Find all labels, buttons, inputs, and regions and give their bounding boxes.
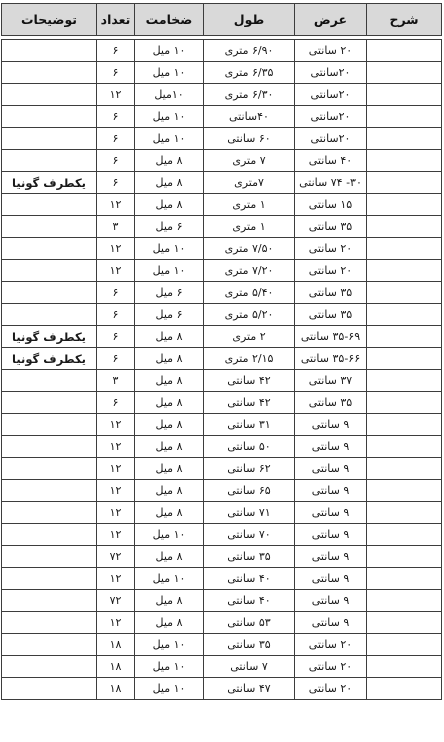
cell-tool: ۴۲ سانتی (204, 370, 295, 392)
cell-tedad: ۱۲ (97, 260, 135, 282)
cell-arz: ۲۰سانتی (295, 128, 367, 150)
cell-tozihat: یکطرف گونیا (2, 326, 97, 348)
cell-zekhamat: ۱۰ میل (135, 128, 204, 150)
cell-tedad: ۶ (97, 106, 135, 128)
table-row: ۹ سانتی۳۵ سانتی۸ میل۷۲ (2, 546, 442, 568)
cell-tozihat (2, 260, 97, 282)
parts-table-header: شرح عرض طول ضخامت تعداد توضیحات (1, 3, 442, 36)
column-header-width: عرض (295, 4, 367, 36)
cell-tool: ۲ متری (204, 326, 295, 348)
cell-tedad: ۶ (97, 128, 135, 150)
cell-tool: ۴۰ سانتی (204, 590, 295, 612)
cell-sharh (367, 414, 442, 436)
cell-tool: ۷/۲۰ متری (204, 260, 295, 282)
table-row: ۲۰ سانتی۳۵ سانتی۱۰ میل۱۸ (2, 634, 442, 656)
cell-zekhamat: ۸ میل (135, 326, 204, 348)
cell-sharh (367, 84, 442, 106)
cell-zekhamat: ۸ میل (135, 502, 204, 524)
cell-sharh (367, 612, 442, 634)
cell-sharh (367, 172, 442, 194)
cell-tedad: ۶ (97, 348, 135, 370)
cell-tozihat (2, 656, 97, 678)
cell-tozihat (2, 414, 97, 436)
cell-arz: ۹ سانتی (295, 568, 367, 590)
cell-sharh (367, 590, 442, 612)
table-row: ۲۰سانتی۶/۳۵ متری۱۰ میل۶ (2, 62, 442, 84)
cell-tool: ۵۰ سانتی (204, 436, 295, 458)
cell-tedad: ۱۲ (97, 524, 135, 546)
cell-zekhamat: ۸ میل (135, 480, 204, 502)
cell-tedad: ۱۲ (97, 238, 135, 260)
cell-arz: ۳۵ سانتی (295, 392, 367, 414)
cell-sharh (367, 40, 442, 62)
table-row: ۳۷ سانتی۴۲ سانتی۸ میل۳ (2, 370, 442, 392)
cell-tool: ۷متری (204, 172, 295, 194)
table-row: ۳۵-۶۹ سانتی۲ متری۸ میل۶یکطرف گونیا (2, 326, 442, 348)
table-row: ۹ سانتی۵۳ سانتی۸ میل۱۲ (2, 612, 442, 634)
cell-tool: ۶/۳۵ متری (204, 62, 295, 84)
cell-tozihat (2, 678, 97, 700)
cell-arz: ۹ سانتی (295, 480, 367, 502)
cell-tedad: ۱۸ (97, 634, 135, 656)
cell-tedad: ۶ (97, 40, 135, 62)
cell-sharh (367, 392, 442, 414)
column-header-description: شرح (367, 4, 442, 36)
cell-sharh (367, 128, 442, 150)
cell-tool: ۷ سانتی (204, 656, 295, 678)
cell-tedad: ۷۲ (97, 590, 135, 612)
cell-arz: ۹ سانتی (295, 524, 367, 546)
cell-zekhamat: ۸ میل (135, 612, 204, 634)
cell-tedad: ۱۲ (97, 414, 135, 436)
table-row: ۹ سانتی۷۰ سانتی۱۰ میل۱۲ (2, 524, 442, 546)
table-row: ۲۰ سانتی۴۷ سانتی۱۰ میل۱۸ (2, 678, 442, 700)
cell-tozihat: یکطرف گونیا (2, 348, 97, 370)
cell-zekhamat: ۱۰ میل (135, 62, 204, 84)
cell-arz: ۹ سانتی (295, 590, 367, 612)
cell-tedad: ۱۸ (97, 656, 135, 678)
cell-tozihat (2, 436, 97, 458)
cell-sharh (367, 106, 442, 128)
cell-arz: ۲۰سانتی (295, 106, 367, 128)
cell-tozihat: یکطرف گونیا (2, 172, 97, 194)
table-row: ۱۵ سانتی۱ متری۸ میل۱۲ (2, 194, 442, 216)
cell-tozihat (2, 84, 97, 106)
cell-tool: ۳۱ سانتی (204, 414, 295, 436)
cell-arz: ۹ سانتی (295, 612, 367, 634)
cell-sharh (367, 194, 442, 216)
cell-sharh (367, 502, 442, 524)
cell-sharh (367, 216, 442, 238)
cell-tool: ۶/۳۰ متری (204, 84, 295, 106)
cell-tool: ۲/۱۵ متری (204, 348, 295, 370)
cell-tool: ۴۲ سانتی (204, 392, 295, 414)
cell-tool: ۷ متری (204, 150, 295, 172)
cell-tedad: ۶ (97, 304, 135, 326)
cell-sharh (367, 370, 442, 392)
cell-sharh (367, 524, 442, 546)
cell-sharh (367, 282, 442, 304)
cell-zekhamat: ۱۰ میل (135, 678, 204, 700)
cell-tozihat (2, 216, 97, 238)
cell-sharh (367, 348, 442, 370)
cell-tool: ۵/۲۰ متری (204, 304, 295, 326)
cell-tedad: ۶ (97, 150, 135, 172)
cell-tool: ۱ متری (204, 194, 295, 216)
cell-tozihat (2, 480, 97, 502)
cell-tool: ۷/۵۰ متری (204, 238, 295, 260)
table-row: ۳۰- ۷۴ سانتی۷متری۸ میل۶یکطرف گونیا (2, 172, 442, 194)
cell-sharh (367, 436, 442, 458)
cell-zekhamat: ۸ میل (135, 546, 204, 568)
cell-zekhamat: ۱۰ میل (135, 568, 204, 590)
table-row: ۹ سانتی۷۱ سانتی۸ میل۱۲ (2, 502, 442, 524)
cell-tedad: ۱۲ (97, 436, 135, 458)
cell-arz: ۳۵ سانتی (295, 216, 367, 238)
table-row: ۲۰سانتی۶/۳۰ متری۱۰میل۱۲ (2, 84, 442, 106)
cell-tool: ۶۰ سانتی (204, 128, 295, 150)
table-row: ۹ سانتی۵۰ سانتی۸ میل۱۲ (2, 436, 442, 458)
cell-arz: ۴۰ سانتی (295, 150, 367, 172)
cell-tozihat (2, 458, 97, 480)
cell-sharh (367, 304, 442, 326)
cell-tozihat (2, 392, 97, 414)
cell-arz: ۲۰ سانتی (295, 634, 367, 656)
table-row: ۲۰سانتی۶۰ سانتی۱۰ میل۶ (2, 128, 442, 150)
cell-tool: ۶۵ سانتی (204, 480, 295, 502)
column-header-quantity: تعداد (97, 4, 135, 36)
cell-zekhamat: ۱۰ میل (135, 106, 204, 128)
cell-arz: ۹ سانتی (295, 546, 367, 568)
cell-zekhamat: ۱۰ میل (135, 238, 204, 260)
cell-sharh (367, 260, 442, 282)
cell-tool: ۶۲ سانتی (204, 458, 295, 480)
cell-tool: ۴۰ سانتی (204, 568, 295, 590)
table-rows: ۲۰ سانتی۶/۹۰ متری۱۰ میل۶۲۰سانتی۶/۳۵ متری… (2, 40, 442, 700)
cell-tozihat (2, 106, 97, 128)
cell-arz: ۹ سانتی (295, 414, 367, 436)
cell-tozihat (2, 238, 97, 260)
cell-sharh (367, 568, 442, 590)
column-header-notes: توضیحات (2, 4, 97, 36)
table-row: ۹ سانتی۶۲ سانتی۸ میل۱۲ (2, 458, 442, 480)
cell-tedad: ۱۲ (97, 480, 135, 502)
cell-tedad: ۱۲ (97, 502, 135, 524)
cell-tozihat (2, 524, 97, 546)
cell-tedad: ۱۲ (97, 194, 135, 216)
cell-sharh (367, 326, 442, 348)
table-row: ۲۰ سانتی۷/۲۰ متری۱۰ میل۱۲ (2, 260, 442, 282)
cell-tozihat (2, 590, 97, 612)
cell-zekhamat: ۸ میل (135, 150, 204, 172)
cell-tool: ۷۰ سانتی (204, 524, 295, 546)
cell-tozihat (2, 634, 97, 656)
table-row: ۳۵ سانتی۴۲ سانتی۸ میل۶ (2, 392, 442, 414)
cell-zekhamat: ۸ میل (135, 458, 204, 480)
cell-sharh (367, 656, 442, 678)
cell-tedad: ۶ (97, 282, 135, 304)
table-row: ۳۵ سانتی۵/۲۰ متری۶ میل۶ (2, 304, 442, 326)
cell-tool: ۳۵ سانتی (204, 546, 295, 568)
cell-arz: ۹ سانتی (295, 458, 367, 480)
table-row: ۹ سانتی۳۱ سانتی۸ میل۱۲ (2, 414, 442, 436)
cell-arz: ۳۵-۶۶ سانتی (295, 348, 367, 370)
cell-tozihat (2, 194, 97, 216)
cell-zekhamat: ۶ میل (135, 282, 204, 304)
cell-zekhamat: ۸ میل (135, 194, 204, 216)
cell-zekhamat: ۸ میل (135, 590, 204, 612)
cell-tool: ۴۰سانتی (204, 106, 295, 128)
cell-tozihat (2, 150, 97, 172)
cell-sharh (367, 480, 442, 502)
table-row: ۲۰ سانتی۶/۹۰ متری۱۰ میل۶ (2, 40, 442, 62)
cell-arz: ۱۵ سانتی (295, 194, 367, 216)
cell-tedad: ۱۲ (97, 568, 135, 590)
cell-tedad: ۶ (97, 326, 135, 348)
table-row: ۹ سانتی۴۰ سانتی۸ میل۷۲ (2, 590, 442, 612)
cell-arz: ۲۰ سانتی (295, 656, 367, 678)
cell-sharh (367, 458, 442, 480)
cell-tozihat (2, 568, 97, 590)
table-row: ۳۵-۶۶ سانتی۲/۱۵ متری۸ میل۶یکطرف گونیا (2, 348, 442, 370)
cell-zekhamat: ۸ میل (135, 348, 204, 370)
cell-arz: ۹ سانتی (295, 502, 367, 524)
cell-zekhamat: ۸ میل (135, 370, 204, 392)
cell-tozihat (2, 128, 97, 150)
cell-tozihat (2, 40, 97, 62)
cell-tozihat (2, 370, 97, 392)
cell-tool: ۶/۹۰ متری (204, 40, 295, 62)
column-header-thickness: ضخامت (135, 4, 204, 36)
cell-tool: ۴۷ سانتی (204, 678, 295, 700)
cell-tool: ۱ متری (204, 216, 295, 238)
table-row: ۲۰ سانتی۷ سانتی۱۰ میل۱۸ (2, 656, 442, 678)
cell-arz: ۲۰ سانتی (295, 678, 367, 700)
cell-zekhamat: ۶ میل (135, 216, 204, 238)
cell-tozihat (2, 304, 97, 326)
cell-arz: ۲۰ سانتی (295, 238, 367, 260)
header-row: شرح عرض طول ضخامت تعداد توضیحات (2, 4, 442, 36)
parts-table-body: ۲۰ سانتی۶/۹۰ متری۱۰ میل۶۲۰سانتی۶/۳۵ متری… (1, 39, 442, 700)
cell-tozihat (2, 612, 97, 634)
cell-zekhamat: ۸ میل (135, 392, 204, 414)
cell-tool: ۳۵ سانتی (204, 634, 295, 656)
cell-tedad: ۱۸ (97, 678, 135, 700)
cell-arz: ۳۵-۶۹ سانتی (295, 326, 367, 348)
cell-tozihat (2, 282, 97, 304)
document-page: شرح عرض طول ضخامت تعداد توضیحات ۲۰ سانتی… (0, 0, 444, 742)
cell-arz: ۳۵ سانتی (295, 304, 367, 326)
cell-zekhamat: ۸ میل (135, 414, 204, 436)
table-row: ۳۵ سانتی۵/۴۰ متری۶ میل۶ (2, 282, 442, 304)
cell-sharh (367, 62, 442, 84)
table-row: ۲۰ سانتی۷/۵۰ متری۱۰ میل۱۲ (2, 238, 442, 260)
cell-zekhamat: ۶ میل (135, 304, 204, 326)
table-row: ۳۵ سانتی۱ متری۶ میل۳ (2, 216, 442, 238)
cell-sharh (367, 634, 442, 656)
cell-arz: ۲۰سانتی (295, 62, 367, 84)
cell-arz: ۹ سانتی (295, 436, 367, 458)
column-header-length: طول (204, 4, 295, 36)
cell-sharh (367, 238, 442, 260)
cell-zekhamat: ۱۰ میل (135, 634, 204, 656)
cell-tool: ۵/۴۰ متری (204, 282, 295, 304)
cell-arz: ۳۵ سانتی (295, 282, 367, 304)
cell-sharh (367, 546, 442, 568)
cell-sharh (367, 678, 442, 700)
cell-tedad: ۶ (97, 392, 135, 414)
cell-tedad: ۳ (97, 370, 135, 392)
table-row: ۹ سانتی۶۵ سانتی۸ میل۱۲ (2, 480, 442, 502)
cell-tozihat (2, 62, 97, 84)
cell-tedad: ۶ (97, 172, 135, 194)
cell-tedad: ۶ (97, 62, 135, 84)
table-row: ۲۰سانتی۴۰سانتی۱۰ میل۶ (2, 106, 442, 128)
cell-tozihat (2, 546, 97, 568)
cell-tedad: ۷۲ (97, 546, 135, 568)
cell-zekhamat: ۸ میل (135, 436, 204, 458)
table-row: ۴۰ سانتی۷ متری۸ میل۶ (2, 150, 442, 172)
table-row: ۹ سانتی۴۰ سانتی۱۰ میل۱۲ (2, 568, 442, 590)
cell-zekhamat: ۱۰ میل (135, 524, 204, 546)
cell-tedad: ۱۲ (97, 84, 135, 106)
cell-tozihat (2, 502, 97, 524)
cell-zekhamat: ۱۰ میل (135, 260, 204, 282)
cell-arz: ۲۰ سانتی (295, 40, 367, 62)
cell-arz: ۳۷ سانتی (295, 370, 367, 392)
cell-tedad: ۱۲ (97, 612, 135, 634)
cell-tedad: ۳ (97, 216, 135, 238)
cell-zekhamat: ۱۰ میل (135, 656, 204, 678)
cell-zekhamat: ۱۰میل (135, 84, 204, 106)
cell-zekhamat: ۱۰ میل (135, 40, 204, 62)
cell-tool: ۷۱ سانتی (204, 502, 295, 524)
cell-arz: ۳۰- ۷۴ سانتی (295, 172, 367, 194)
cell-sharh (367, 150, 442, 172)
cell-tool: ۵۳ سانتی (204, 612, 295, 634)
cell-tedad: ۱۲ (97, 458, 135, 480)
cell-arz: ۲۰سانتی (295, 84, 367, 106)
cell-zekhamat: ۸ میل (135, 172, 204, 194)
cell-arz: ۲۰ سانتی (295, 260, 367, 282)
